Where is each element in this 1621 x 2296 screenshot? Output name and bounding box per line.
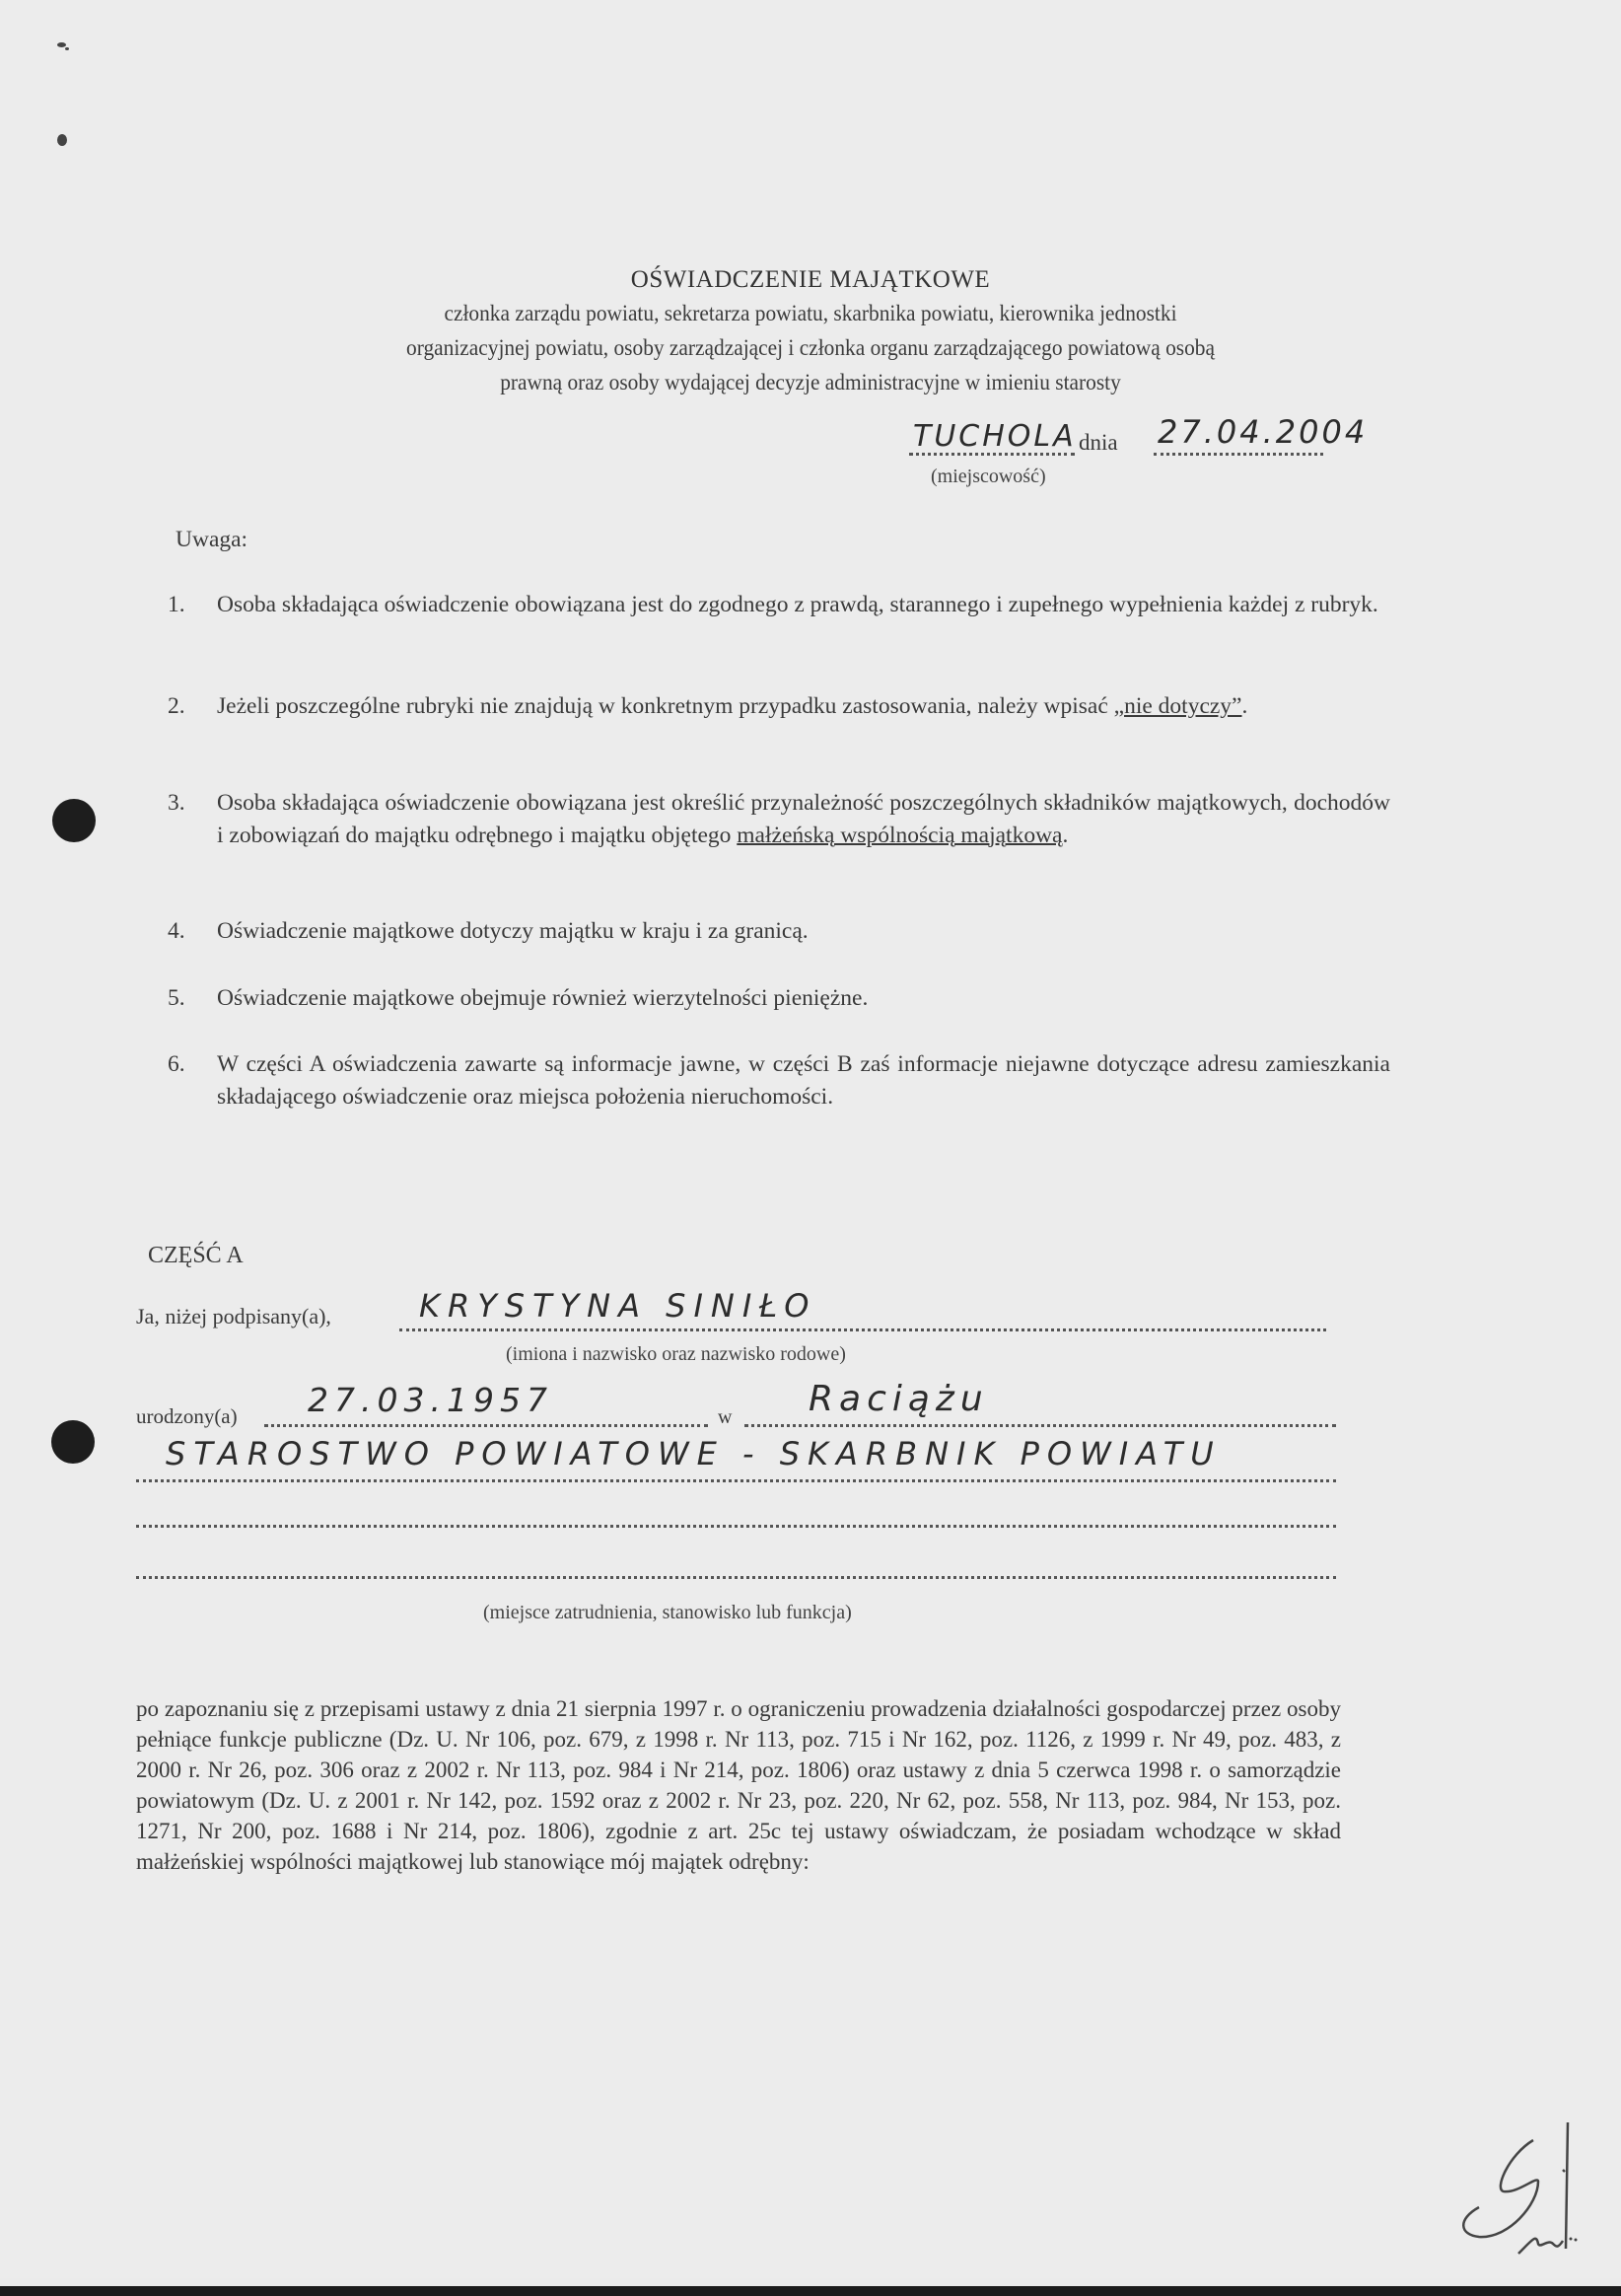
legal-paragraph: po zapoznaniu się z przepisami ustawy z … [136,1693,1341,1877]
document-title: OŚWIADCZENIE MAJĄTKOWE [0,266,1621,294]
signer-name-field[interactable]: KRYSTYNA SINIŁO [399,1285,1326,1331]
employment-field-line-2[interactable] [136,1489,1336,1528]
subtitle-line: członka zarządu powiatu, sekretarza powi… [57,301,1565,326]
note-number: 2. [168,690,185,723]
note-text: W części A oświadczenia zawarte są infor… [217,1048,1390,1113]
date-value: 27.04.2004 [1158,413,1368,451]
note-text: Oświadczenie majątkowe dotyczy majątku w… [217,915,1390,948]
note-item: 1. Osoba składająca oświadczenie obowiąz… [168,589,1390,658]
note-item: 2. Jeżeli poszczególne rubryki nie znajd… [168,690,1390,759]
place-field[interactable]: TUCHOLA [909,419,1075,456]
note-number: 5. [168,982,185,1015]
emphasized-phrase: małżeńską wspólnością majątkową [737,823,1062,848]
subtitle-line: organizacyjnej powiatu, osoby zarządzają… [57,335,1565,361]
note-text: Oświadczenie majątkowe obejmuje również … [217,982,1390,1015]
note-number: 3. [168,787,185,820]
place-value: TUCHOLA [913,419,1077,454]
signer-name-value: KRYSTYNA SINIŁO [419,1287,816,1325]
born-date-field[interactable]: 27.03.1957 [264,1381,708,1427]
note-item: 3. Osoba składająca oświadczenie obowiąz… [168,787,1390,891]
note-number: 4. [168,915,185,948]
scan-speck [65,47,69,50]
place-caption: (miejscowość) [931,466,1046,488]
note-text: Osoba składająca oświadczenie obowiązana… [217,787,1390,852]
dnia-label: dnia [1079,430,1118,456]
employment-field-line-3[interactable] [136,1541,1336,1579]
note-text: Jeżeli poszczególne rubryki nie znajdują… [217,690,1390,723]
note-number: 6. [168,1048,185,1081]
note-text: Osoba składająca oświadczenie obowiązana… [217,589,1390,621]
note-item: 5. Oświadczenie majątkowe obejmuje równi… [168,982,1390,1017]
initials-signature-icon [1440,2111,1621,2283]
born-place-value: Raciążu [809,1379,989,1419]
notes-heading: Uwaga: [176,527,247,553]
signer-label: Ja, niżej podpisany(a), [136,1304,331,1329]
signer-caption: (imiona i nazwisko oraz nazwisko rodowe) [506,1343,846,1366]
emphasized-phrase: „nie dotyczy” [1114,693,1242,719]
born-in-label: w [718,1406,732,1429]
subtitle-line: prawną oraz osoby wydającej decyzje admi… [57,370,1565,395]
note-text-part: . [1242,693,1248,719]
employment-value: STAROSTWO POWIATOWE - SKARBNIK POWIATU [166,1435,1222,1472]
note-text-part: Jeżeli poszczególne rubryki nie znajdują… [217,693,1114,719]
scanned-page: OŚWIADCZENIE MAJĄTKOWE członka zarządu p… [0,0,1621,2278]
part-a-heading: CZĘŚĆ A [148,1243,244,1269]
date-field[interactable]: 27.04.2004 [1154,419,1323,456]
note-number: 1. [168,589,185,621]
punch-hole [51,1420,95,1464]
born-date-value: 27.03.1957 [308,1381,553,1419]
employment-caption: (miejsce zatrudnienia, stanowisko lub fu… [483,1602,852,1624]
note-item: 6. W części A oświadczenia zawarte są in… [168,1048,1390,1152]
born-label: urodzony(a) [136,1404,238,1429]
note-text-part: . [1063,823,1069,848]
scan-speck [57,42,66,47]
scan-bottom-edge [0,2286,1621,2296]
scan-speck [57,134,67,146]
note-item: 4. Oświadczenie majątkowe dotyczy majątk… [168,915,1390,950]
born-place-field[interactable]: Raciążu [744,1381,1336,1427]
punch-hole [52,799,96,842]
employment-field[interactable]: STAROSTWO POWIATOWE - SKARBNIK POWIATU [136,1435,1336,1482]
